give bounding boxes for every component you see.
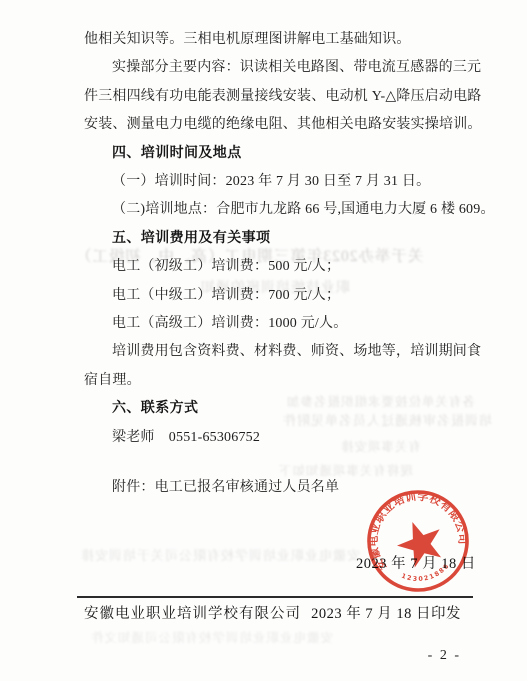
doc-line: 他相关知识等。三相电机原理图讲解电工基础知识。: [84, 26, 482, 54]
doc-line: 电工（高级工）培训费：1000 元/人。: [84, 310, 482, 338]
attachment-line: 附件：电工已报名审核通过人员名单: [84, 474, 482, 502]
doc-line: 实操部分主要内容：识读相关电路图、带电流互感器的三元: [84, 54, 482, 82]
footer-print-date: 2023 年 7 月 18 日印发: [311, 602, 461, 623]
issue-date: 2023 年 7 月 18 日: [356, 552, 476, 573]
doc-line: （二)培训地点：合肥市九龙路 66 号,国通电力大厦 6 楼 609。: [84, 196, 482, 224]
footer-divider: [77, 596, 473, 598]
section-heading-4: 四、培训时间及地点: [84, 140, 482, 168]
company-seal-stamp: 安徽电业职业培训学校有限公司 12302188666: [364, 488, 472, 594]
page-number: - 2 -: [428, 648, 461, 664]
doc-line: 电工（中级工）培训费：700 元/人；: [84, 282, 482, 310]
doc-line: 件三相四线有功电能表测量接线安装、电动机 Y-△降压启动电路: [84, 83, 482, 111]
contact-line: 梁老师 0551-65306752: [84, 424, 482, 452]
section-heading-5: 五、培训费用及有关事项: [84, 225, 482, 253]
bleedthrough-mark: 安徽电业职业培训学校有限公司通知文件: [90, 628, 333, 646]
doc-line: （一）培训时间：2023 年 7 月 30 日至 7 月 31 日。: [84, 168, 482, 196]
document-body: 他相关知识等。三相电机原理图讲解电工基础知识。 实操部分主要内容：识读相关电路图…: [84, 26, 482, 503]
doc-line: 安装、测量电力电缆的绝缘电阻、其他相关电路安装实操培训。: [84, 111, 482, 139]
doc-line: 宿自理。: [84, 367, 482, 395]
doc-line: 培训费用包含资料费、材料费、师资、场地等，培训期间食: [84, 338, 482, 366]
section-heading-6: 六、联系方式: [84, 395, 482, 423]
scanned-document-page: 关于举办2023年第三期电工（高、中、初级工） 职业技能培训班的通知 各有关单位…: [0, 0, 527, 681]
bleedthrough-mark: 安徽电业职业培训学校有限公司关于培训安排: [80, 545, 360, 564]
seal-ring-border: [364, 488, 472, 594]
doc-line: 电工（初级工）培训费：500 元/人；: [84, 253, 482, 281]
footer-issuer: 安徽电业职业培训学校有限公司: [84, 602, 301, 623]
seal-serial-number: 12302188666: [364, 488, 454, 594]
